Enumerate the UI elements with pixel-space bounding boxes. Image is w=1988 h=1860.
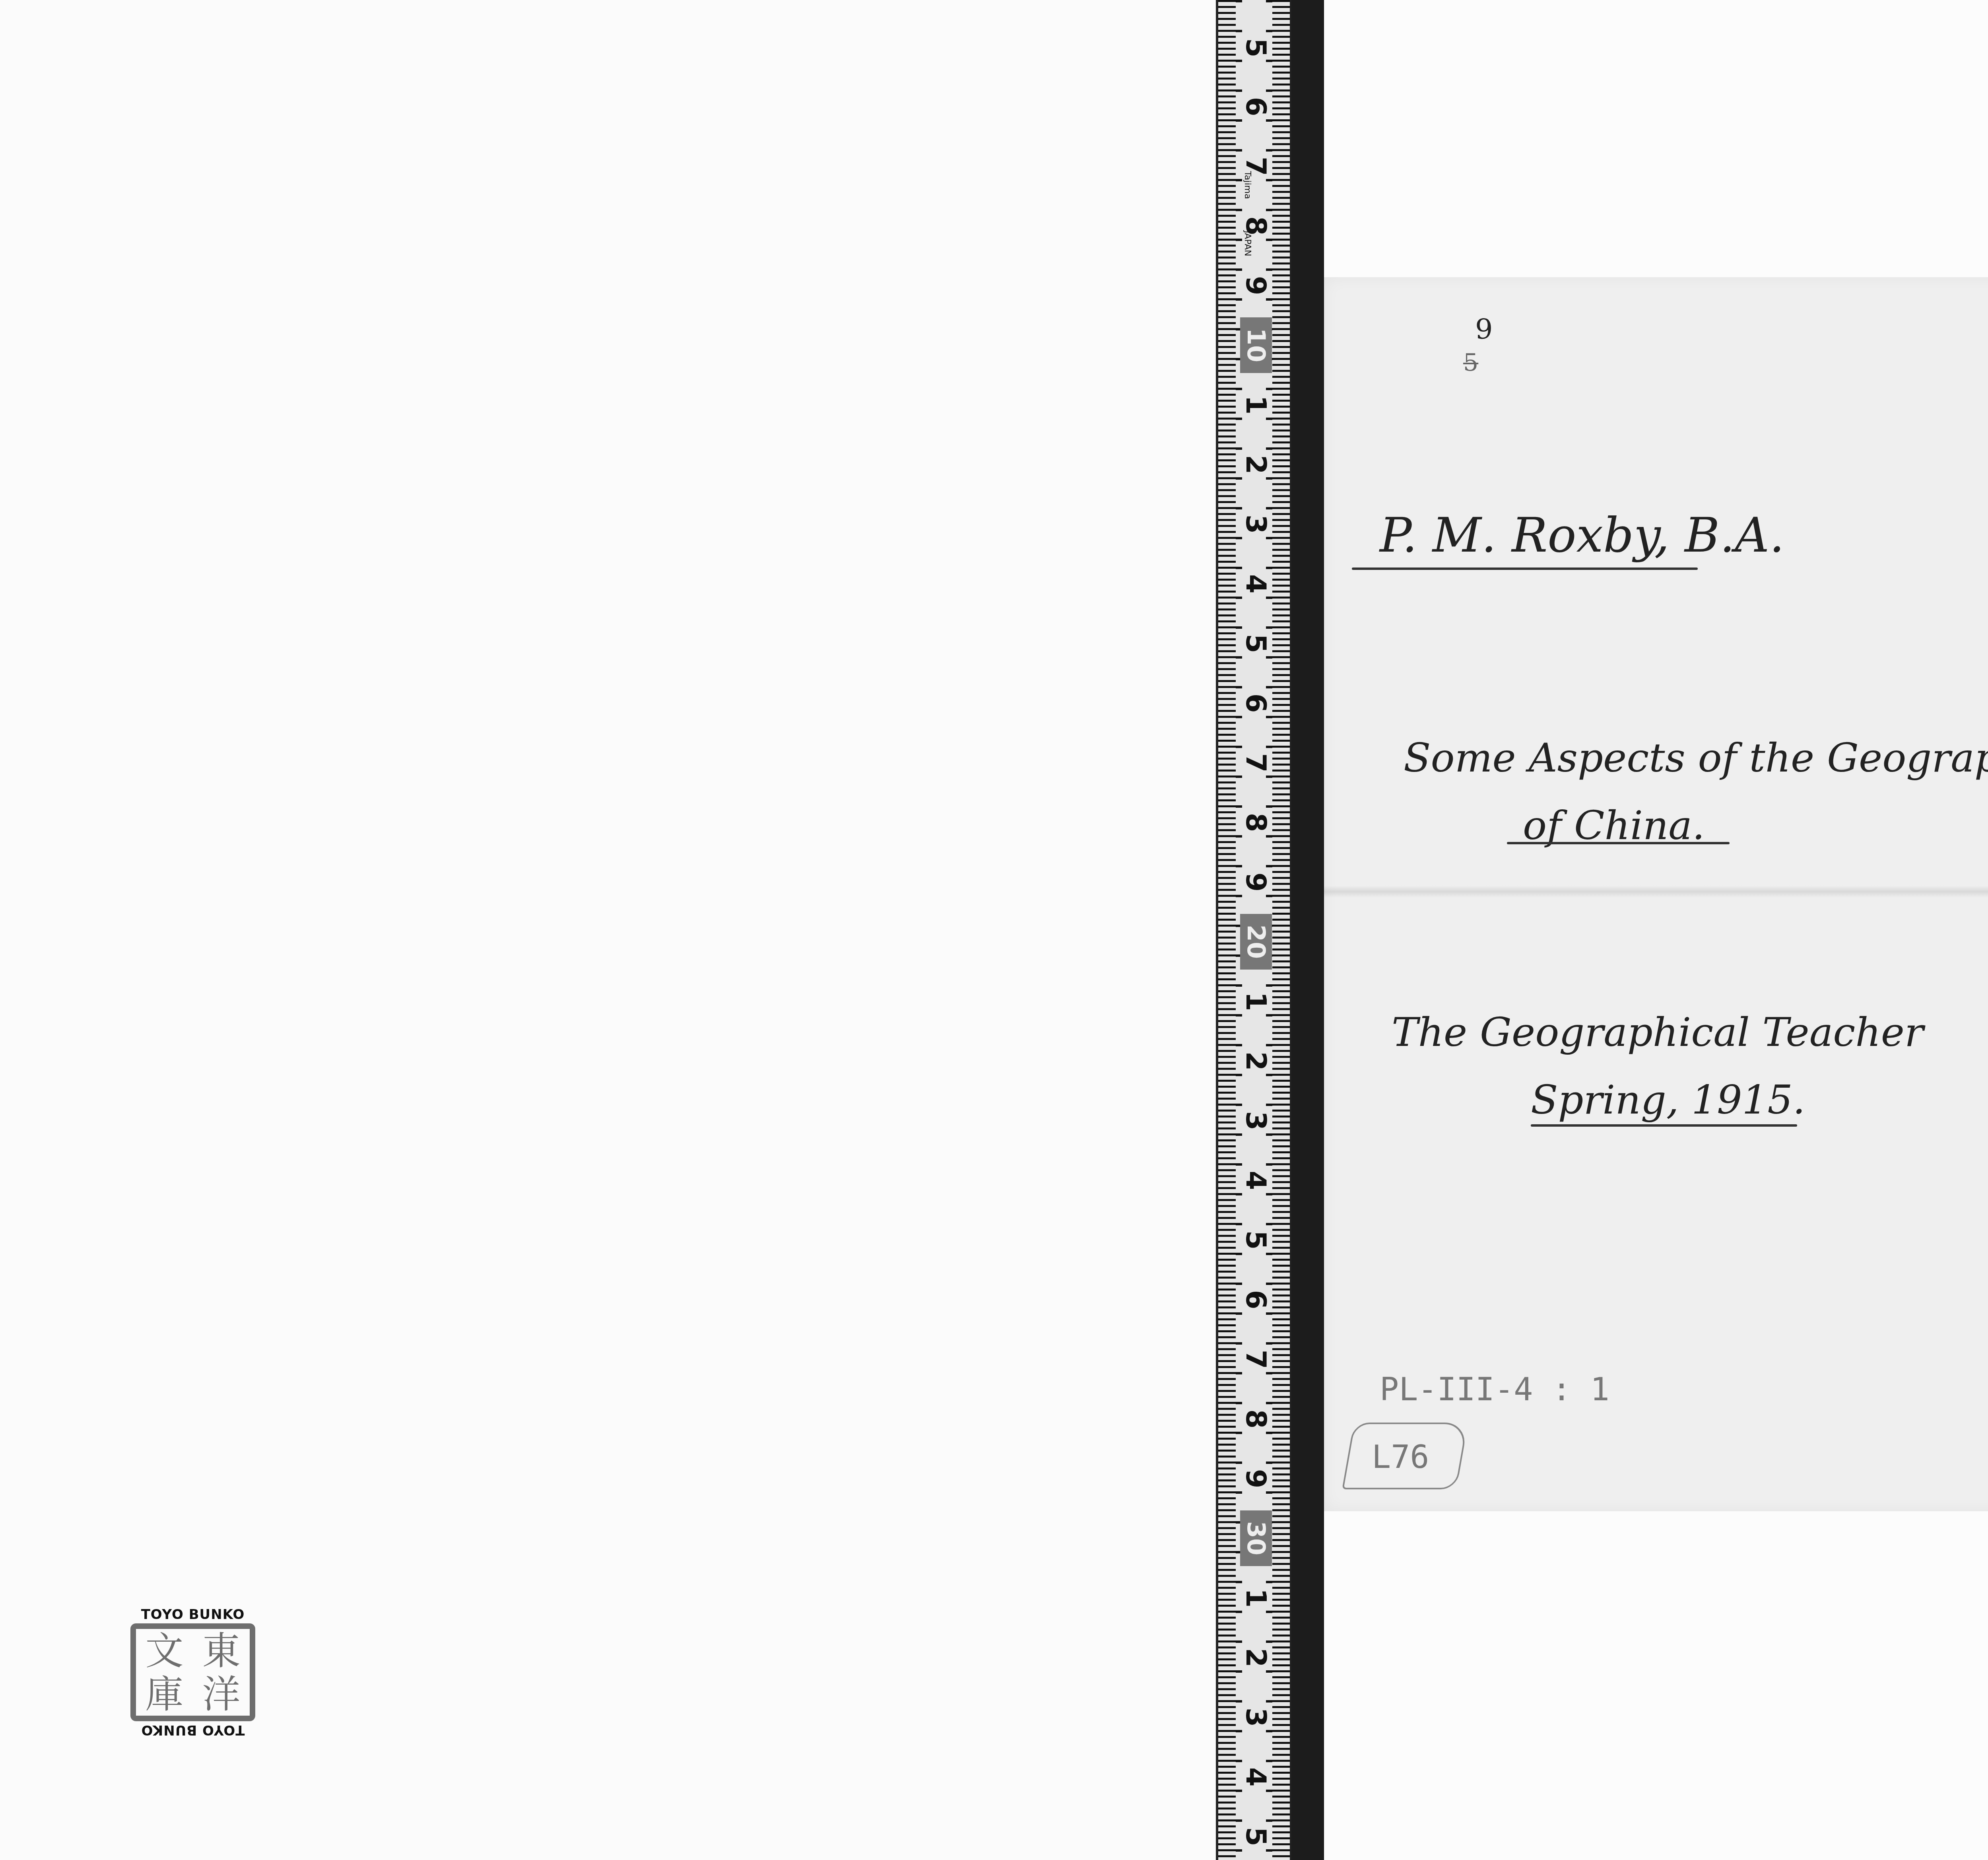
ruler-number: 9 [1240, 1463, 1272, 1495]
ruler-number: 8 [1240, 807, 1272, 838]
ruler-ticks-right [1272, 0, 1290, 1860]
ruler-number: 5 [1240, 1821, 1272, 1852]
ruler-number-boxed: 20 [1240, 914, 1272, 970]
ruler-number: 3 [1240, 1701, 1272, 1733]
ruler-number: 3 [1240, 508, 1272, 540]
logo-top-text: TOYO BUNKO [127, 1607, 258, 1623]
ruler-number-boxed: 10 [1240, 317, 1272, 373]
ruler-number: 6 [1240, 687, 1272, 719]
ruler-number: 6 [1240, 1284, 1272, 1316]
seal-char: 洋 [202, 1675, 241, 1713]
seal-char: 文 [146, 1632, 184, 1670]
ruler-number: 7 [1240, 747, 1272, 779]
ruler-number: 8 [1240, 1403, 1272, 1435]
pencil-shelfmark: PL-III-4 : 1 [1380, 1371, 1609, 1408]
ruler-number: 9 [1240, 270, 1272, 301]
manuscript-page: 9 5 P. M. Roxby, B.A. Some Aspects of th… [1324, 277, 1988, 1511]
title-underline [1507, 842, 1730, 844]
title-line-1: Some Aspects of the Geography [1404, 735, 1988, 781]
ruler-number: 4 [1240, 1761, 1272, 1793]
ruler-number-boxed: 30 [1240, 1510, 1272, 1566]
ruler-number: 1 [1240, 1582, 1272, 1614]
page-number: 9 [1475, 313, 1493, 346]
ruler-country: JAPAN [1242, 231, 1252, 257]
ruler-number: 4 [1240, 1164, 1272, 1196]
ruler-number: 5 [1240, 1224, 1272, 1256]
ruler-number: 9 [1240, 866, 1272, 898]
ruler-number: 6 [1240, 91, 1272, 122]
seal-char: 東 [202, 1632, 241, 1670]
ruler-number: 1 [1240, 985, 1272, 1017]
journal-name: The Geographical Teacher [1392, 1009, 1924, 1055]
author-underline [1352, 568, 1698, 570]
ruler-number: 4 [1240, 568, 1272, 600]
ruler-number: 5 [1240, 628, 1272, 659]
ruler-number: 3 [1240, 1105, 1272, 1137]
ruler-brand: Tajima [1242, 171, 1252, 199]
ruler-number: 5 [1240, 32, 1272, 64]
seal-icon: 文 東 庫 洋 [130, 1623, 255, 1721]
book-spine-shadow [1291, 0, 1324, 1860]
ruler-ticks-left [1218, 0, 1236, 1860]
ruler-number: 2 [1240, 449, 1272, 480]
paper-fold-line [1324, 886, 1988, 898]
pencil-box-number: L76 [1372, 1438, 1429, 1475]
author-name: P. M. Roxby, B.A. [1380, 508, 1784, 563]
publication-date: Spring, 1915. [1531, 1077, 1806, 1123]
ruler-number: 7 [1240, 1343, 1272, 1375]
ruler-number: 2 [1240, 1045, 1272, 1077]
ruler-number: 2 [1240, 1642, 1272, 1673]
measuring-ruler: 5 6 7 Tajima 8 JAPAN 9 10 1 2 3 4 5 6 7 … [1216, 0, 1291, 1860]
left-blank-page [0, 0, 1217, 1860]
ruler-number: 1 [1240, 389, 1272, 421]
toyo-bunko-logo-bottom-left: TOYO BUNKO 文 東 庫 洋 TOYO BUNKO [127, 1607, 258, 1738]
seal-char: 庫 [146, 1675, 184, 1713]
date-underline [1531, 1124, 1797, 1127]
struck-page-number: 5 [1463, 349, 1478, 377]
logo-bottom-text: TOYO BUNKO [127, 1722, 258, 1738]
